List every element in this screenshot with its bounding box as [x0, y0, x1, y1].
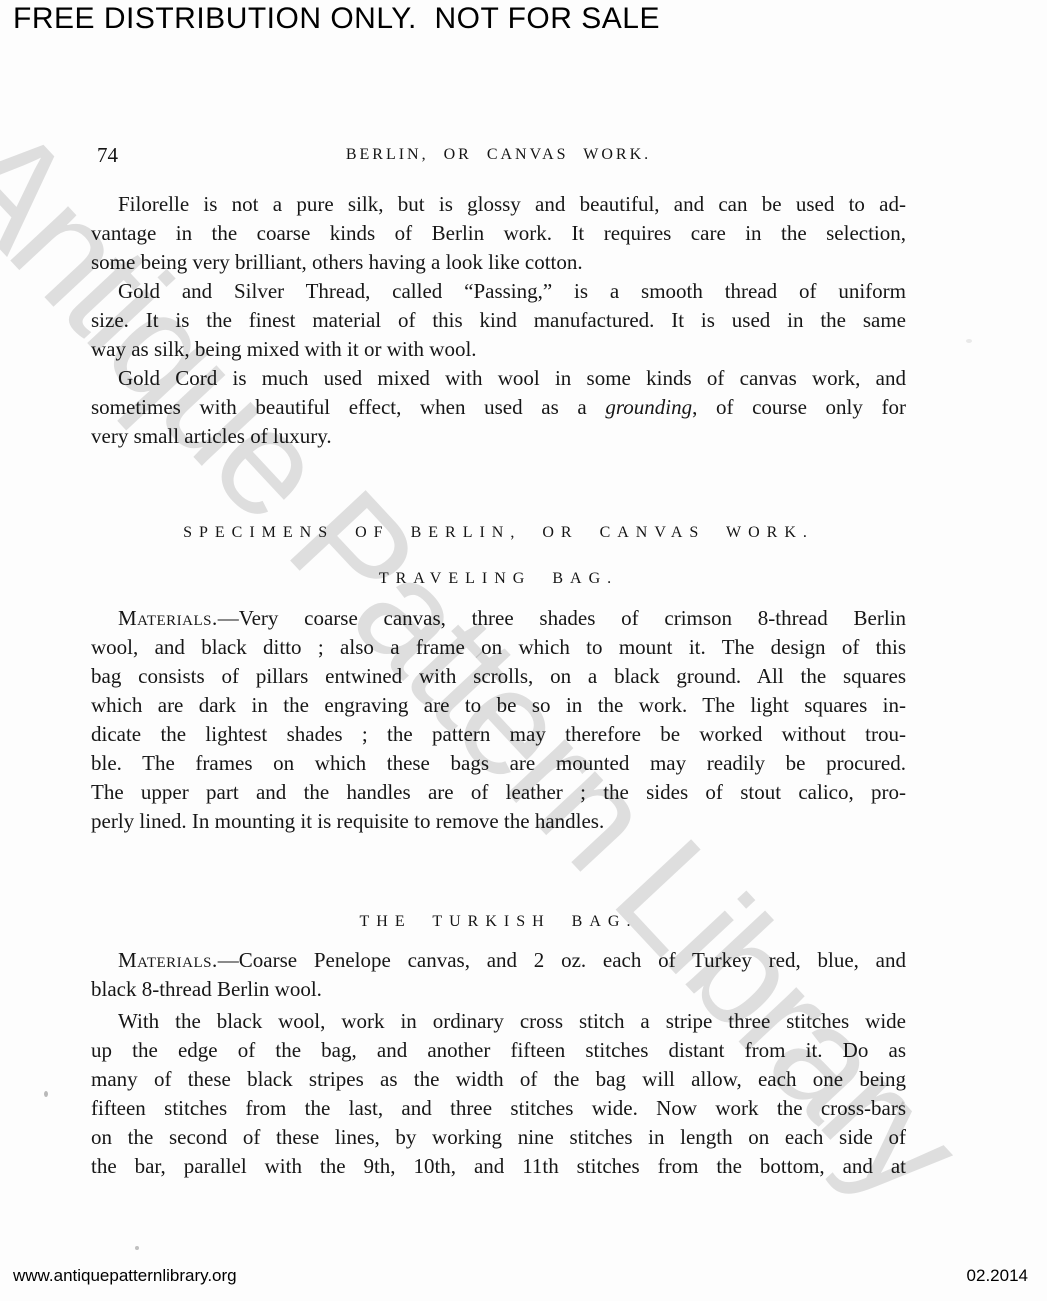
materials-label: Materials. — [118, 948, 218, 972]
scan-speck — [44, 1091, 48, 1097]
body-text: —Coarse Penelope canvas, and 2 oz. each … — [218, 948, 906, 972]
footer-date: 02.2014 — [967, 1266, 1028, 1286]
body-line: ble. The frames on which these bags are … — [91, 749, 906, 778]
heading-traveling-bag: TRAVELING BAG. — [91, 569, 906, 589]
body-line: fifteen stitches from the last, and thre… — [91, 1094, 906, 1123]
body-text: , of course only for — [692, 395, 906, 419]
body-line: on the second of these lines, by working… — [91, 1123, 906, 1152]
body-line: With the black wool, work in ordinary cr… — [91, 1007, 906, 1036]
body-line: dicate the lightest shades ; the pattern… — [91, 720, 906, 749]
body-line: many of these black stripes as the width… — [91, 1065, 906, 1094]
paragraph-materials-turkish: Materials.—Coarse Penelope canvas, and 2… — [91, 946, 906, 1004]
body-line: very small articles of luxury. — [91, 422, 906, 451]
heading-specimens: SPECIMENS OF BERLIN, OR CANVAS WORK. — [91, 523, 906, 543]
body-line: some being very brilliant, others having… — [91, 248, 906, 277]
body-line: sometimes with beautiful effect, when us… — [91, 393, 906, 422]
paragraph-black-wool-stripes: With the black wool, work in ordinary cr… — [91, 1007, 906, 1181]
body-line: Materials.—Coarse Penelope canvas, and 2… — [91, 946, 906, 975]
paragraph-gold-cord: Gold Cord is much used mixed with wool i… — [91, 364, 906, 451]
heading-turkish-bag: THE TURKISH BAG. — [91, 912, 906, 932]
body-line: bag consists of pillars entwined with sc… — [91, 662, 906, 691]
body-line: vantage in the coarse kinds of Berlin wo… — [91, 219, 906, 248]
body-line: perly lined. In mounting it is requisite… — [91, 807, 906, 836]
body-line: way as silk, being mixed with it or with… — [91, 335, 906, 364]
text-column: Filorelle is not a pure silk, but is glo… — [91, 0, 906, 1301]
scan-speck — [135, 1246, 139, 1250]
body-line: wool, and black ditto ; also a frame on … — [91, 633, 906, 662]
body-line: size. It is the finest material of this … — [91, 306, 906, 335]
body-line: The upper part and the handles are of le… — [91, 778, 906, 807]
italic-word: grounding — [605, 395, 692, 419]
paragraph-gold-silver-thread: Gold and Silver Thread, called “Passing,… — [91, 277, 906, 364]
scan-speck — [966, 339, 972, 343]
scanned-book-page: FREE DISTRIBUTION ONLY. NOT FOR SALE Ant… — [0, 0, 1047, 1301]
body-line: black 8-thread Berlin wool. — [91, 975, 906, 1004]
materials-label: Materials. — [118, 606, 218, 630]
body-line: Gold Cord is much used mixed with wool i… — [91, 364, 906, 393]
body-line: up the edge of the bag, and another fift… — [91, 1036, 906, 1065]
body-text: sometimes with beautiful effect, when us… — [91, 395, 605, 419]
footer-url: www.antiquepatternlibrary.org — [13, 1266, 237, 1286]
paragraph-materials-traveling: Materials.—Very coarse canvas, three sha… — [91, 604, 906, 836]
body-line: Gold and Silver Thread, called “Passing,… — [91, 277, 906, 306]
body-line: Materials.—Very coarse canvas, three sha… — [91, 604, 906, 633]
body-line: which are dark in the engraving are to b… — [91, 691, 906, 720]
body-line: Filorelle is not a pure silk, but is glo… — [91, 190, 906, 219]
paragraph-filorelle: Filorelle is not a pure silk, but is glo… — [91, 190, 906, 277]
body-text: —Very coarse canvas, three shades of cri… — [218, 606, 906, 630]
body-line: the bar, parallel with the 9th, 10th, an… — [91, 1152, 906, 1181]
